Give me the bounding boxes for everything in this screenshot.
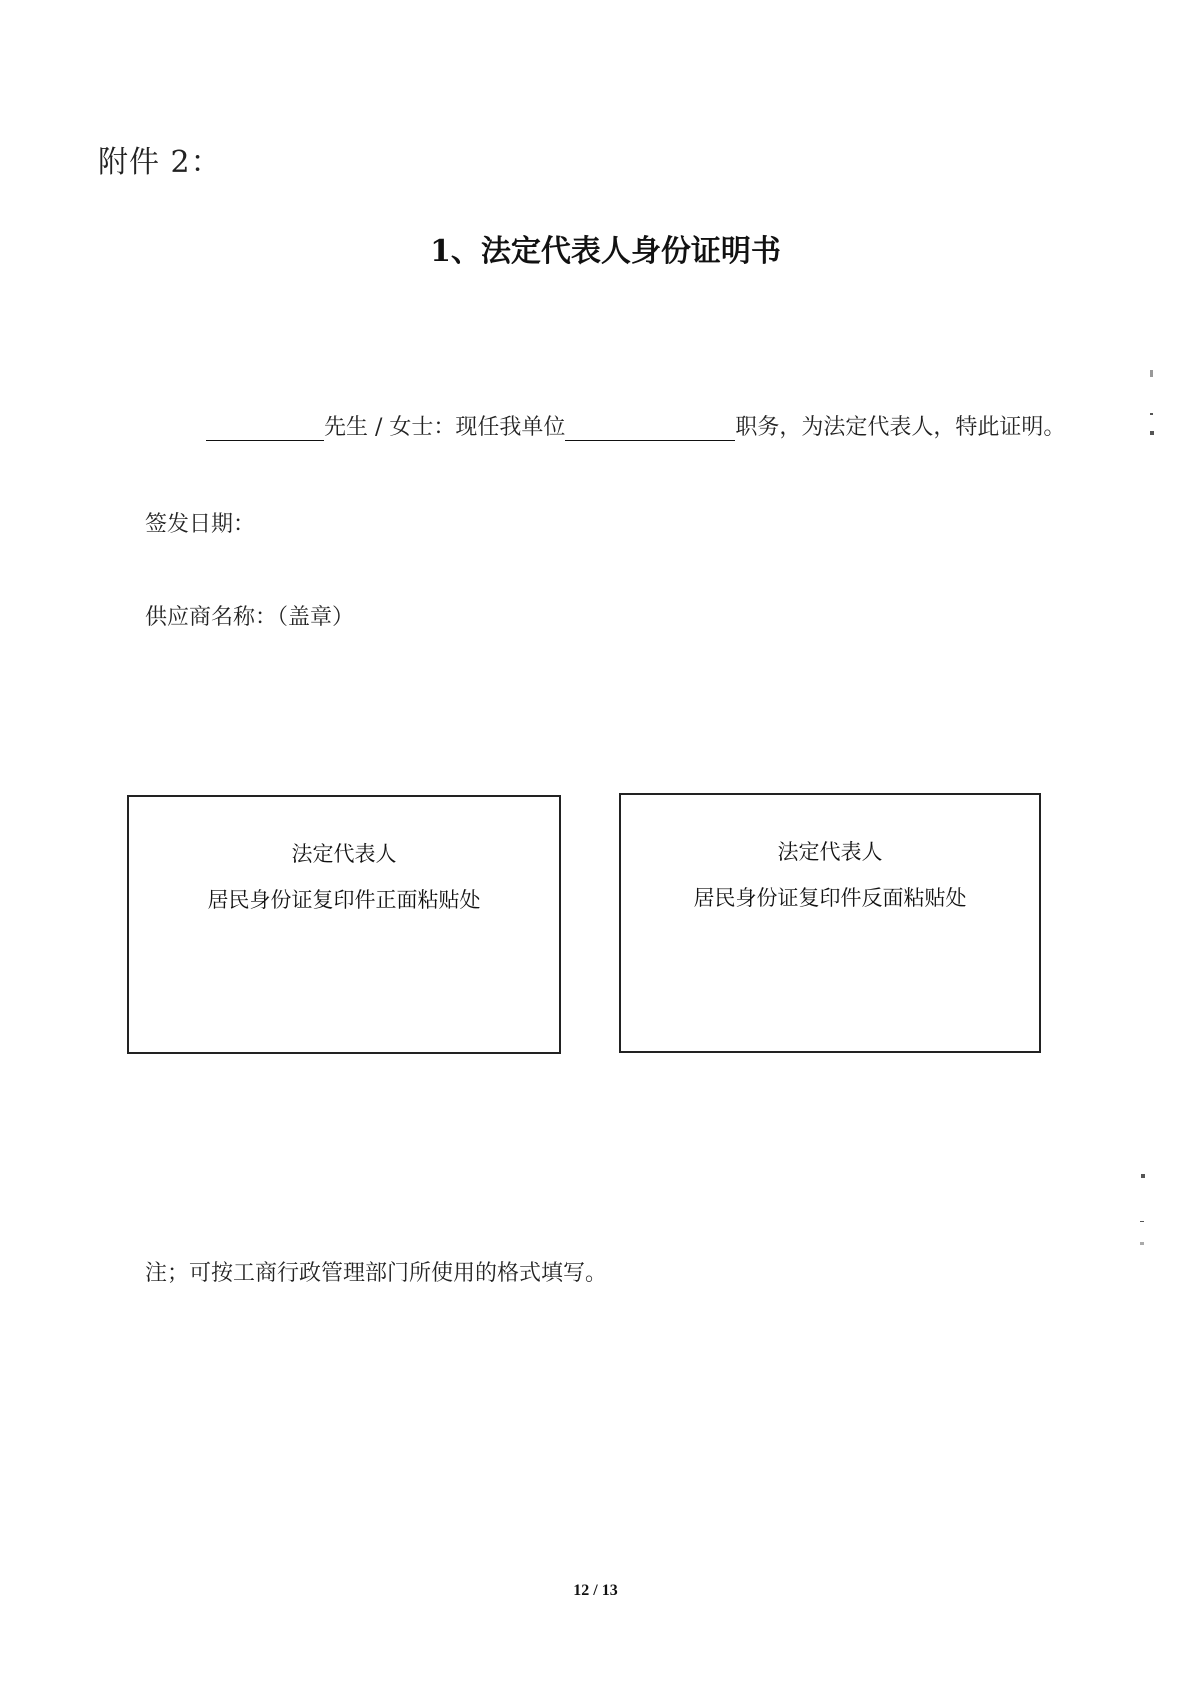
box-front-line1: 法定代表人 bbox=[129, 838, 559, 868]
scan-artifact bbox=[1141, 1174, 1145, 1178]
certification-text-1: 先生 / 女士：现任我单位 bbox=[324, 410, 565, 441]
attachment-label: 附件 2： bbox=[98, 137, 222, 181]
box-back-line1: 法定代表人 bbox=[621, 836, 1039, 866]
issue-date-label: 签发日期： bbox=[145, 507, 255, 538]
scan-artifact bbox=[1140, 1221, 1144, 1222]
scan-artifact bbox=[1150, 413, 1153, 415]
document-title: 1、法定代表人身份证明书 bbox=[0, 226, 1191, 270]
page-number: 12 / 13 bbox=[0, 1582, 1191, 1600]
certification-text-2: 职务，为法定代表人，特此证明。 bbox=[735, 410, 1065, 441]
box-back-line2: 居民身份证复印件反面粘贴处 bbox=[621, 882, 1039, 912]
scan-artifact bbox=[1150, 370, 1153, 377]
position-blank-field[interactable] bbox=[565, 414, 735, 441]
supplier-name-label: 供应商名称：（盖章） bbox=[145, 600, 354, 631]
scan-artifact bbox=[1150, 431, 1154, 435]
footnote: 注；可按工商行政管理部门所使用的格式填写。 bbox=[145, 1256, 607, 1287]
name-blank-field[interactable] bbox=[206, 414, 324, 441]
box-front-line2: 居民身份证复印件正面粘贴处 bbox=[129, 884, 559, 914]
id-card-back-paste-area: 法定代表人 居民身份证复印件反面粘贴处 bbox=[619, 793, 1041, 1053]
id-card-front-paste-area: 法定代表人 居民身份证复印件正面粘贴处 bbox=[127, 795, 561, 1054]
scan-artifact bbox=[1140, 1242, 1144, 1245]
certification-statement: 先生 / 女士：现任我单位 职务，为法定代表人，特此证明。 bbox=[206, 410, 1065, 441]
